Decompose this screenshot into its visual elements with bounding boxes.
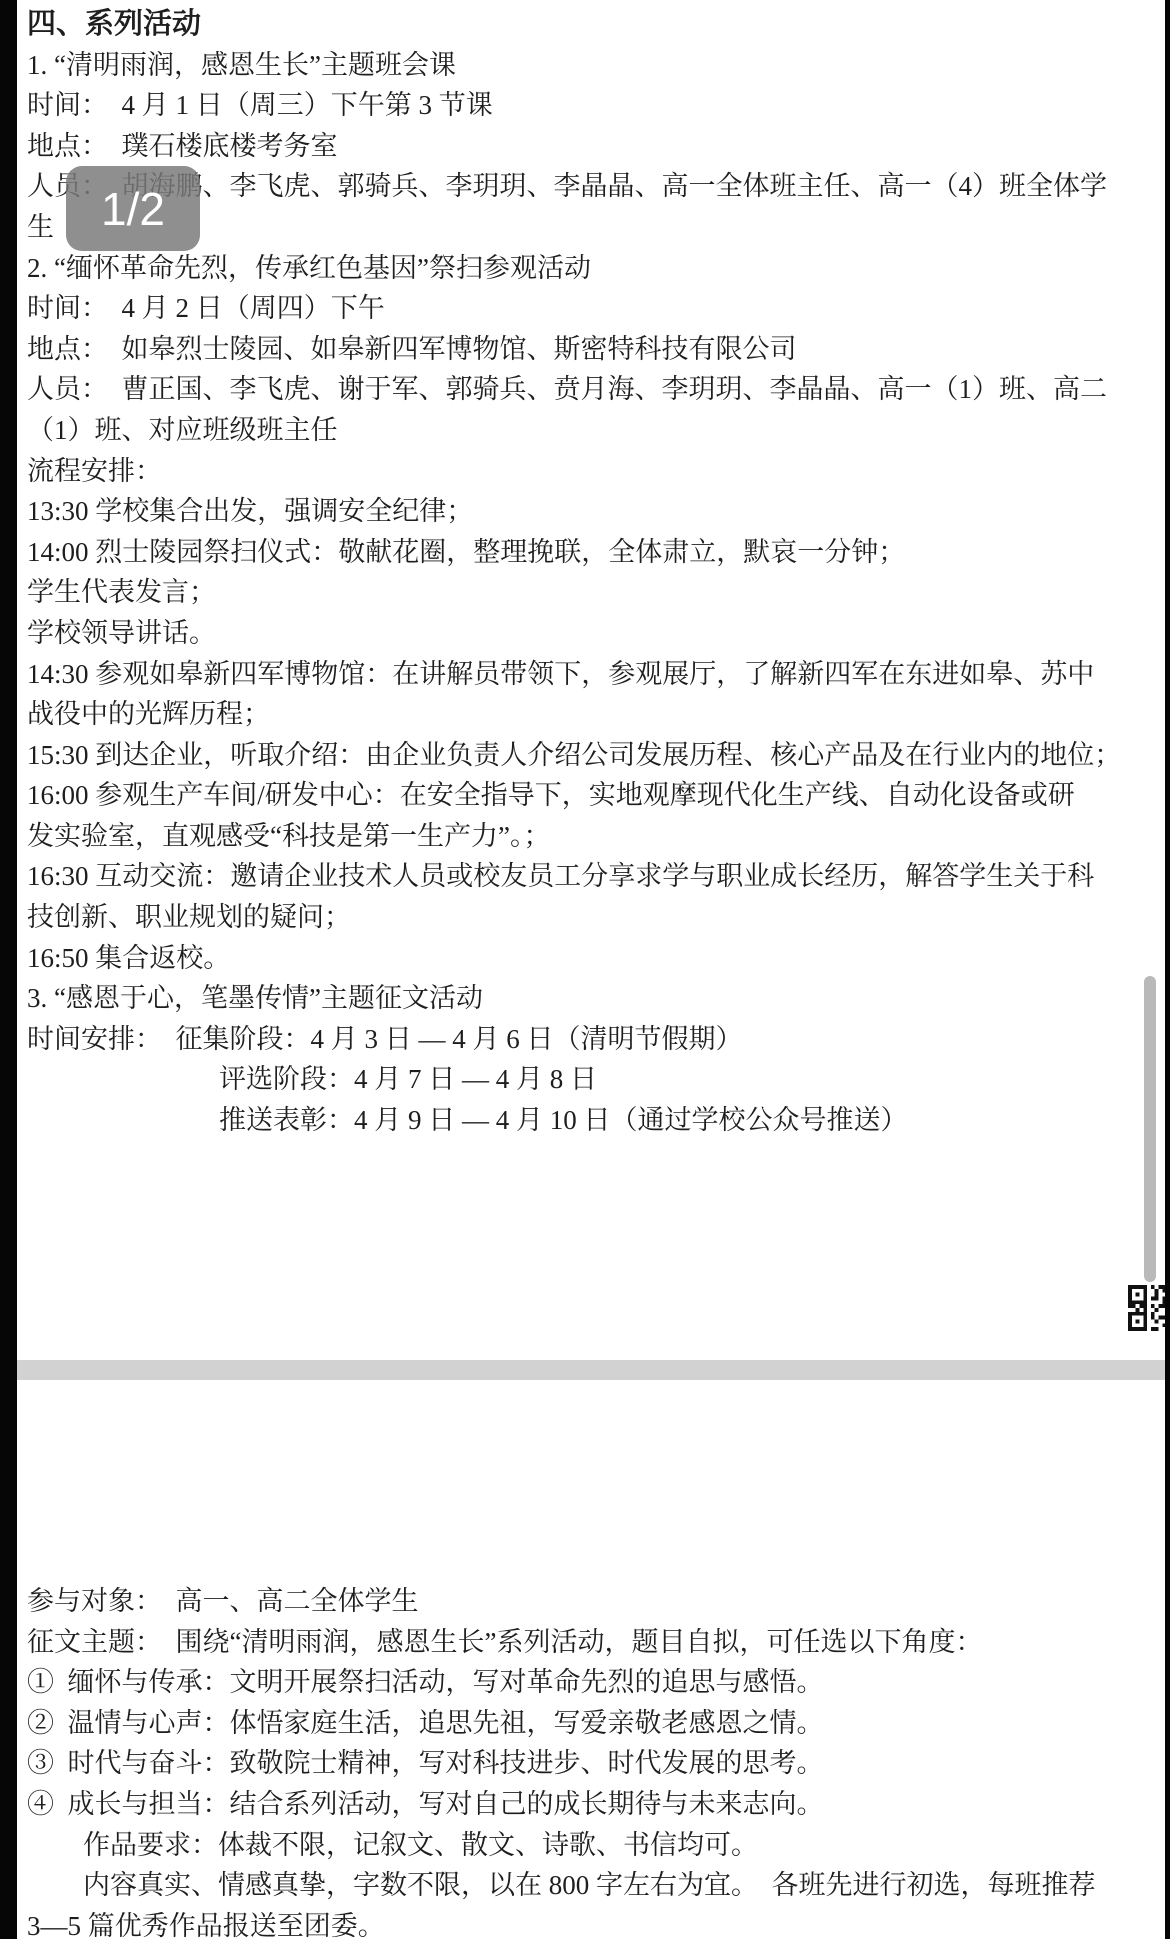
document-text-line: ③ 时代与奋斗：致敬院士精神，写对科技进步、时代发展的思考。 <box>27 1743 1148 1784</box>
document-text-line: 评选阶段：4 月 7 日 — 4 月 8 日 <box>27 1059 1148 1100</box>
document-text-line: 15:30 到达企业，听取介绍：由企业负责人介绍公司发展历程、核心产品及在行业内… <box>27 735 1148 776</box>
document-text-line: 征文主题： 围绕“清明雨润，感恩生长”系列活动，题目自拟，可任选以下角度： <box>27 1622 1148 1663</box>
document-text-line: ② 温情与心声：体悟家庭生活，追思先祖，写爱亲敬老感恩之情。 <box>27 1703 1148 1744</box>
document-text-line: 地点： 如皋烈士陵园、如皋新四军博物馆、斯密特科技有限公司 <box>27 329 1148 370</box>
document-text-line: 时间： 4 月 2 日（周四）下午 <box>27 288 1148 329</box>
document-text-line: 时间安排： 征集阶段：4 月 3 日 — 4 月 6 日（清明节假期） <box>27 1019 1148 1060</box>
document-text-line: 四、系列活动 <box>27 4 1148 45</box>
document-text-line: 3—5 篇优秀作品报送至团委。 <box>27 1906 1148 1939</box>
document-text-line: 参与对象： 高一、高二全体学生 <box>27 1581 1148 1622</box>
document-text-line: 流程安排： <box>27 451 1148 492</box>
document-text-line: 发实验室，直观感受“科技是第一生产力”。； <box>27 816 1148 857</box>
screen-left-border <box>0 0 17 1939</box>
document-text-line: 人员： 曹正国、李飞虎、谢于军、郭骑兵、贲月海、李玥玥、李晶晶、高一（1）班、高… <box>27 369 1148 410</box>
page-separator <box>0 1360 1170 1380</box>
document-text-line: 作品要求：体裁不限，记叙文、散文、诗歌、书信均可。 <box>27 1825 1148 1866</box>
document-text-line: 战役中的光辉历程； <box>27 694 1148 735</box>
document-text-line: 16:00 参观生产车间/研发中心：在安全指导下，实地观摩现代化生产线、自动化设… <box>27 775 1148 816</box>
document-text-line: 学校领导讲话。 <box>27 613 1148 654</box>
document-text-line: 1. “清明雨润，感恩生长”主题班会课 <box>27 45 1148 86</box>
document-text-line: 推送表彰：4 月 9 日 — 4 月 10 日（通过学校公众号推送） <box>27 1100 1148 1141</box>
document-text-line: 内容真实、情感真挚，字数不限，以在 800 字左右为宜。 各班先进行初选，每班推… <box>27 1865 1148 1906</box>
document-text-line: 13:30 学校集合出发，强调安全纪律； <box>27 491 1148 532</box>
screen-right-border <box>1165 0 1170 1939</box>
document-text-line: ① 缅怀与传承：文明开展祭扫活动，写对革命先烈的追思与感悟。 <box>27 1662 1148 1703</box>
document-text-line: 学生代表发言； <box>27 572 1148 613</box>
document-text-line: 2. “缅怀革命先烈，传承红色基因”祭扫参观活动 <box>27 248 1148 289</box>
document-text-line: 时间： 4 月 1 日（周三）下午第 3 节课 <box>27 85 1148 126</box>
scrollbar-thumb[interactable] <box>1144 976 1156 1282</box>
qr-code-icon <box>1128 1284 1170 1332</box>
document-text-line: （1）班、对应班级班主任 <box>27 410 1148 451</box>
page-indicator-badge: 1/2 <box>66 166 200 251</box>
document-page-2: 参与对象： 高一、高二全体学生 征文主题： 围绕“清明雨润，感恩生长”系列活动，… <box>27 1581 1148 1939</box>
document-text-line: 技创新、职业规划的疑问； <box>27 897 1148 938</box>
document-text-line: ④ 成长与担当：结合系列活动，写对自己的成长期待与未来志向。 <box>27 1784 1148 1825</box>
document-text-line: 14:30 参观如皋新四军博物馆：在讲解员带领下，参观展厅，了解新四军在东进如皋… <box>27 654 1148 695</box>
document-text-line: 16:30 互动交流：邀请企业技术人员或校友员工分享求学与职业成长经历，解答学生… <box>27 856 1148 897</box>
document-text-line: 3. “感恩于心，笔墨传情”主题征文活动 <box>27 978 1148 1019</box>
document-text-line: 地点： 璞石楼底楼考务室 <box>27 126 1148 167</box>
document-text-line: 16:50 集合返校。 <box>27 938 1148 979</box>
document-text-line: 14:00 烈士陵园祭扫仪式：敬献花圈，整理挽联，全体肃立，默哀一分钟； <box>27 532 1148 573</box>
